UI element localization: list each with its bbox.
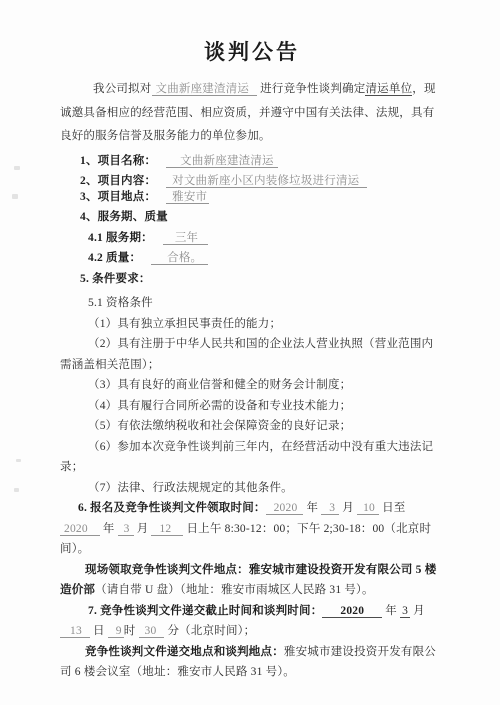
registration-day-from: 10 [357,502,379,515]
item-service-heading-label: 4、服务期、质量 [80,211,168,223]
unit-day-to: 日至 [379,502,405,514]
condition-5: （5）有依法缴纳税收和社会保障资金的良好记录； [60,416,444,437]
item-quality: 4.2 质量：合格。 [60,248,444,269]
item-quality-label: 4.2 质量： [88,252,141,264]
deadline-unit-hour: 时 [124,625,139,637]
document-content: 谈判公告 我公司拟对文曲新座建渣清运 进行竞争性谈判确定清运单位，现诚邀具备相应… [60,36,444,683]
unit-month-2: 月 [134,523,152,535]
item-project-name-label: 1、项目名称： [80,155,156,167]
deadline-year: 2020 [322,605,382,618]
deadline-hour: 9 [108,625,124,638]
deadline-label: 7. 竞争性谈判文件递交截止时间和谈判时间： [88,605,322,617]
deadline-minute: 30 [139,625,165,638]
item-project-name: 1、项目名称：文曲新座建渣清运 [60,151,444,172]
registration-month-to: 3 [118,523,134,536]
deadline-month: 3 [400,605,410,618]
condition-7: （7）法律、行政法规规定的其他条件。 [60,478,444,499]
item-service-heading: 4、服务期、质量 [60,207,444,228]
page-title: 谈判公告 [60,36,444,66]
condition-1: （1）具有独立承担民事责任的能力； [60,314,444,335]
deadline-unit-month: 月 [410,605,425,617]
item-requirements-heading: 5. 条件要求： [60,269,444,290]
document-page: 谈判公告 我公司拟对文曲新座建渣清运 进行竞争性谈判确定清运单位，现诚邀具备相应… [0,0,500,705]
scan-artifact [12,194,18,199]
scan-artifact [14,488,19,492]
deadline-unit-year: 年 [382,605,400,617]
item-qualification-heading: 5.1 资格条件 [60,293,444,314]
registration-time-paragraph: 6. 报名及竞争性谈判文件领取时间：2020 年 3 月 10 日至 2020 … [60,498,444,560]
intro-mid: 进行竞争性谈判确定 [257,83,365,95]
deadline-tail: 分（北京时间）； [164,625,255,637]
registration-time-label: 6. 报名及竞争性谈判文件领取时间： [78,502,266,514]
unit-year: 年 [303,502,321,514]
page-number: 1 [0,648,500,659]
item-quality-value: 合格。 [151,252,208,265]
item-project-name-value: 文曲新座建渣清运 [166,155,278,168]
registration-year-to: 2020 [60,523,100,536]
pickup-location-tail: （请自带 U 盘）（地址：雅安市雨城区人民路 31 号）。 [95,584,374,596]
item-requirements-heading-label: 5. 条件要求： [80,273,151,285]
item-service-period: 4.1 服务期：三年 [60,228,444,249]
item-service-period-value: 三年 [163,232,208,245]
unit-year-2: 年 [100,523,118,535]
item-project-location-label: 3、项目地点： [80,191,156,203]
registration-year-from: 2020 [266,502,304,515]
deadline-unit-day: 日 [90,625,108,637]
pickup-location-paragraph: 现场领取竞争性谈判文件地点：雅安城市建设投资开发有限公司 5 楼造价部（请自带 … [60,560,444,601]
deadline-day: 13 [60,625,90,638]
registration-day-to: 12 [151,523,183,536]
intro-lead: 我公司拟对 [93,83,152,95]
registration-month-from: 3 [321,502,339,515]
condition-6: （6）参加本次竞争性谈判前三年内，在经营活动中没有重大违法记录； [60,437,444,478]
intro-project-name-filled: 文曲新座建渣清运 [152,83,258,96]
item-project-location-value: 雅安市 [166,191,209,204]
item-service-period-label: 4.1 服务期： [88,232,153,244]
scan-artifact [16,459,21,462]
scan-artifact [14,166,20,170]
condition-2: （2）具有注册于中华人民共和国的企业法人营业执照（营业范围内需涵盖相关范围）； [60,334,444,375]
item-project-content-label: 2、项目内容： [80,175,156,187]
intro-paragraph: 我公司拟对文曲新座建渣清运 进行竞争性谈判确定清运单位，现诚邀具备相应的经营范围… [60,78,444,149]
intro-unit-underlined: 清运单位 [365,83,412,96]
deadline-paragraph: 7. 竞争性谈判文件递交截止时间和谈判时间：2020 年 3 月 13 日 9时… [60,601,444,642]
unit-month: 月 [339,502,357,514]
pickup-location-label: 现场领取竞争性谈判文件地点： [85,564,249,576]
condition-3: （3）具有良好的商业信誉和健全的财务会计制度； [60,375,444,396]
condition-4: （4）具有履行合同所必需的设备和专业技术能力； [60,396,444,417]
